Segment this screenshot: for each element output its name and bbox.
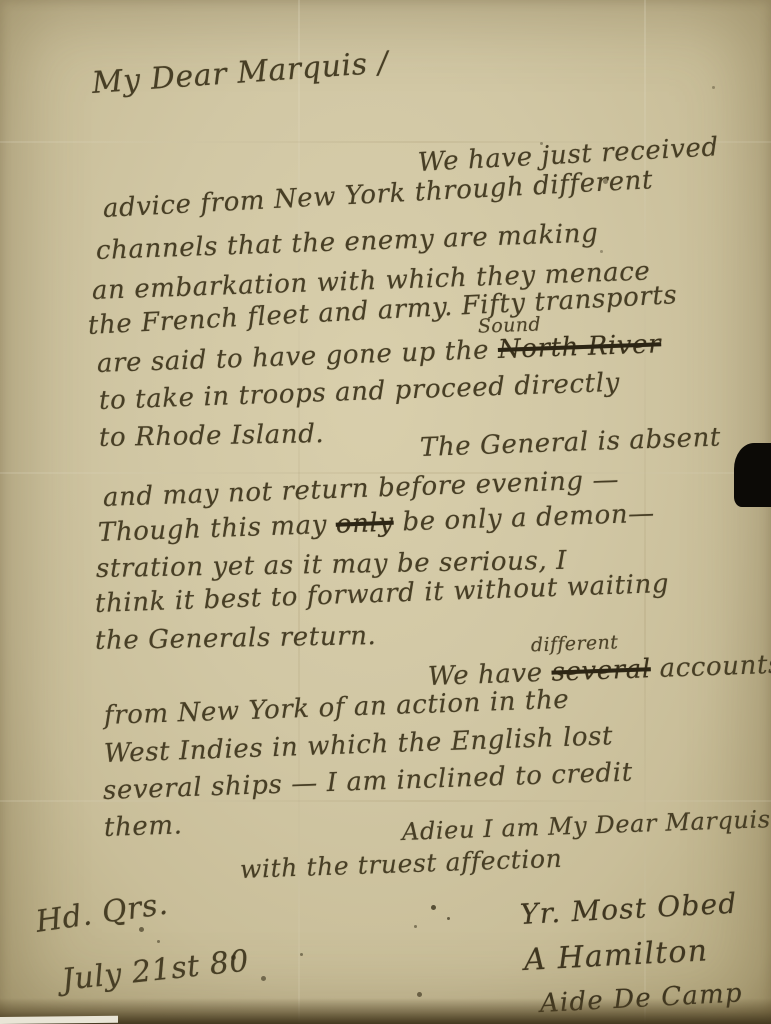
page-edge-highlight: [0, 1016, 118, 1024]
signature-name: A Hamilton: [523, 933, 709, 978]
paragraph2-line3-post: be only a demon—: [393, 499, 655, 538]
paragraph2-line1: The General is absent: [419, 422, 721, 462]
paragraph2-line6: the Generals return.: [95, 621, 377, 656]
insertion-different: different: [531, 631, 619, 656]
signature-valediction: Yr. Most Obed: [519, 887, 738, 931]
paragraph3-line1-post: accounts: [650, 650, 771, 685]
paragraph3-line5: them.: [103, 810, 182, 843]
ink-blot: [734, 443, 771, 507]
letter-scan-page: My Dear Marquis / We have just received …: [0, 0, 771, 1024]
struck-text: several: [551, 654, 651, 687]
dateline-date: July 21st 80: [60, 943, 251, 997]
insertion-sound: Sound: [478, 313, 542, 337]
closing-line2: with the truest affection: [239, 844, 562, 884]
paragraph1-line2: advice from New York through different: [102, 165, 654, 224]
closing-line1: Adieu I am My Dear Marquis: [402, 805, 771, 846]
paragraph1-line3: channels that the enemy are making: [95, 218, 598, 266]
paragraph3-line2: from New York of an action in the: [103, 685, 569, 731]
paragraph1-line8: to Rhode Island.: [99, 419, 325, 453]
ink-specks: [0, 0, 3, 3]
struck-text: only: [335, 508, 394, 540]
paragraph3-line1: different We have several accounts: [427, 650, 771, 692]
dateline-headquarters: Hd. Qrs.: [34, 887, 171, 940]
salutation: My Dear Marquis /: [91, 45, 390, 101]
paragraph2-line3-pre: Though this may: [97, 510, 336, 548]
